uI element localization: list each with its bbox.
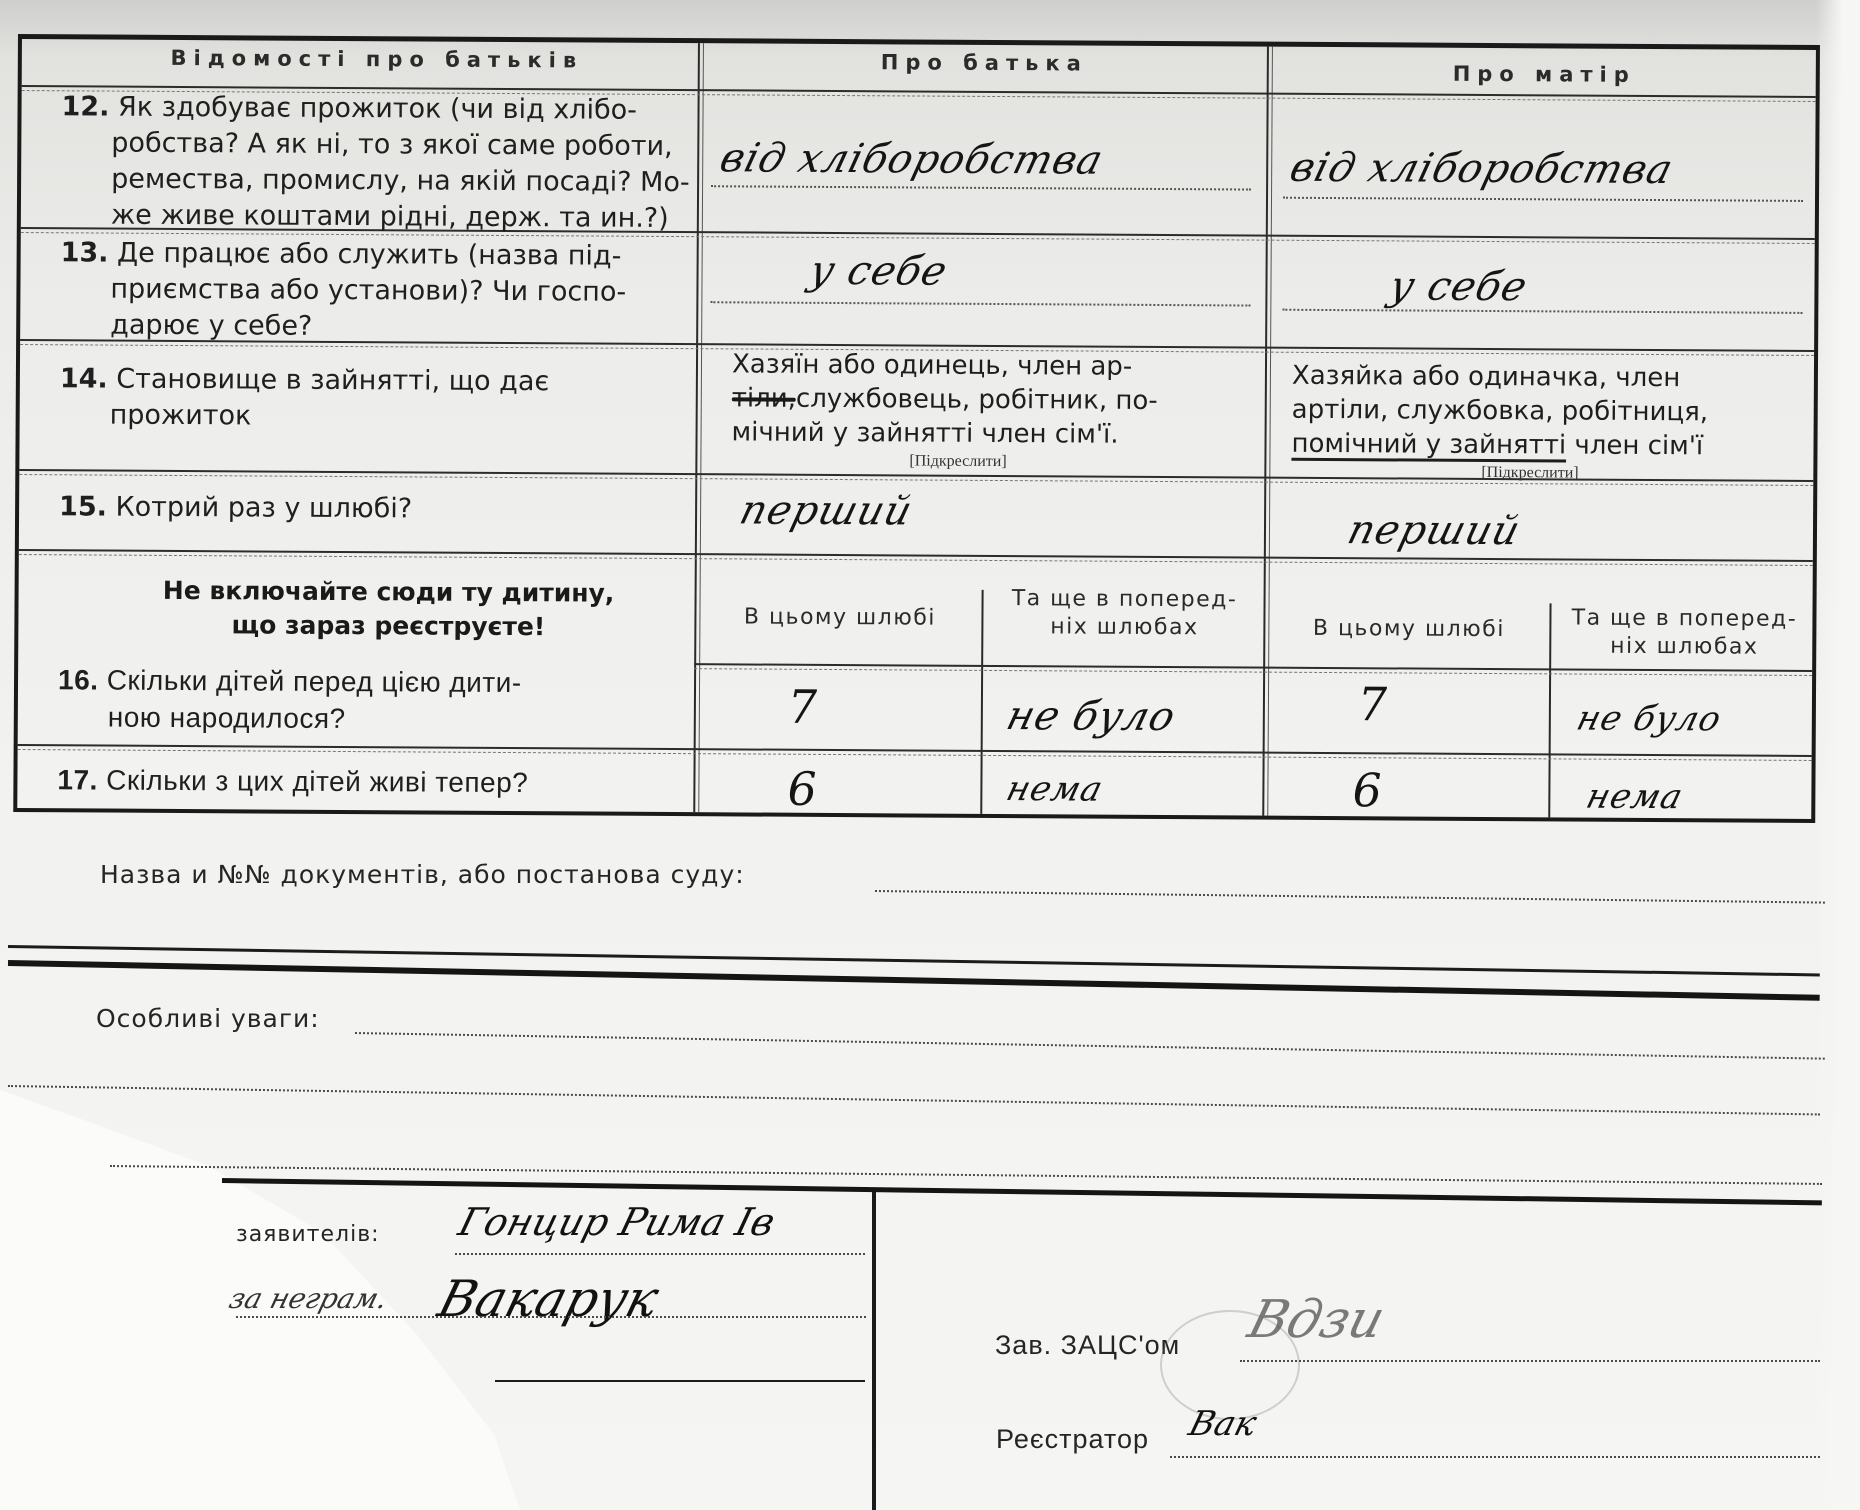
subheader-mother-this-marriage: В цьому шлюбі <box>1268 615 1549 645</box>
question-number: 13. <box>61 237 109 268</box>
option-line: артіли, службовка, робітниця, <box>1292 393 1802 430</box>
paper-edge <box>1816 0 1860 1510</box>
parents-info-table: Відомості про батьків Про батька Про мат… <box>13 34 1820 823</box>
registrar-label: Реєстратор <box>996 1424 1149 1455</box>
question-12: 12. Як здобуває прожиток (чи від хлібо- … <box>61 89 692 237</box>
question-line: же живе коштами рідні, держ. та ин.?) <box>61 197 691 237</box>
question-line: прожиток <box>60 397 690 437</box>
question-number: 17. <box>57 764 98 795</box>
applicant-signature-line-2 <box>236 1316 866 1318</box>
underlined-option: помічний у зайнятті <box>1291 429 1566 461</box>
father-occupation-options: Хазяїн або одинець, член ар- тіли,службо… <box>731 347 1232 452</box>
father-answer-13: у себе <box>805 248 953 295</box>
mother-living-previous: нема <box>1582 777 1687 818</box>
underline-instruction: [Підкреслити] <box>1481 464 1578 483</box>
father-living-previous: нема <box>1002 769 1107 810</box>
mother-children-this-marriage: 7 <box>1353 677 1393 731</box>
option-line: член сім'ї <box>1566 430 1703 461</box>
answer-line <box>711 185 1251 190</box>
question-line: дарює у себе? <box>60 307 690 347</box>
question-line: ремества, промислу, на якій посаді? Мо- <box>61 161 691 201</box>
subheader-line: Та ще в поперед- <box>985 585 1263 615</box>
subheader-line: ніх шлюбах <box>985 613 1263 643</box>
option-line: службовець, робітник, по- <box>796 384 1158 416</box>
column-divider-father-mother <box>1262 47 1269 816</box>
question-16: 16. Скільки дітей перед цією дити- ною н… <box>58 661 688 739</box>
applicant-signature-line-1 <box>455 1253 865 1255</box>
row-divider-16 <box>18 744 1812 757</box>
applicant-signature-2: Вакарук <box>432 1270 665 1328</box>
subheader-line: ніх шлюбах <box>1553 632 1815 662</box>
applicant-signature-prefix: за неграм. <box>226 1282 392 1315</box>
applicant-signature-1: Гонцир Рима Ів <box>454 1200 780 1244</box>
question-number: 15. <box>59 491 107 522</box>
father-children-this-marriage: 7 <box>783 680 823 734</box>
applicants-label: заявителів: <box>236 1222 380 1247</box>
question-line: Котрий раз у шлюбі? <box>115 492 412 525</box>
remarks-label: Особливі уваги: <box>96 1004 320 1033</box>
question-line: Де працює або служить (назва під- <box>117 238 621 272</box>
warning-line: що зараз реєструєте! <box>108 608 668 645</box>
zags-head-signature-line <box>1240 1360 1820 1362</box>
warning-line: Не включайте сюди ту дитину, <box>108 574 668 611</box>
mother-answer-12: від хліборобства <box>1285 145 1678 193</box>
mother-occupation-options: Хазяйка або одиначка, член артіли, служб… <box>1291 359 1802 464</box>
question-14: 14. Становище в зайнятті, що дає прожито… <box>60 361 690 437</box>
question-number: 16. <box>58 664 99 695</box>
mother-children-previous: не було <box>1573 699 1726 740</box>
subheader-mother-previous-marriages: Та ще в поперед- ніх шлюбах <box>1553 604 1815 662</box>
underline-instruction: [Підкреслити] <box>909 452 1006 471</box>
column-divider-questions <box>693 43 700 812</box>
option-line: Хазяїн або одинець, член ар- <box>732 347 1232 384</box>
registrar-signature-line <box>1170 1456 1820 1458</box>
mother-answer-13: у себе <box>1385 263 1533 310</box>
father-answer-12: від хліборобства <box>715 135 1108 183</box>
header-about-parents: Відомості про батьків <box>62 45 692 89</box>
question-13: 13. Де працює або служить (назва під- пр… <box>60 235 691 347</box>
question-line: робства? А як ні, то з якої саме роботи, <box>61 125 691 165</box>
applicant-signature-line-3 <box>495 1380 865 1382</box>
header-about-father: Про батька <box>702 49 1267 92</box>
documents-label: Назва и №№ документів, або постанова суд… <box>100 860 745 889</box>
question-line: Становище в зайнятті, що дає <box>116 364 549 398</box>
question-15: 15. Котрий раз у шлюбі? <box>59 489 689 529</box>
answer-line <box>1283 197 1803 202</box>
answer-line <box>710 301 1250 306</box>
mother-answer-15: перший <box>1343 507 1525 554</box>
row-divider-15 <box>19 549 1813 562</box>
signature-column-divider <box>872 1192 876 1510</box>
row-divider-subheader <box>694 663 1812 672</box>
registrar-signature: Вак <box>1185 1404 1261 1444</box>
question-17: 17. Скільки з цих дітей живі тепер? <box>57 761 687 802</box>
option-line: Хазяйка або одиначка, член <box>1292 359 1802 396</box>
question-line: Скільки з цих дітей живі тепер? <box>106 765 528 799</box>
question-number: 14. <box>60 363 108 394</box>
warning-note: Не включайте сюди ту дитину, що зараз ре… <box>108 574 668 645</box>
question-line: приємства або установи)? Чи госпо- <box>60 271 690 311</box>
mother-living-this-marriage: 6 <box>1347 763 1387 817</box>
question-line: Як здобуває прожиток (чи від хлібо- <box>118 92 637 126</box>
answer-line <box>1282 309 1802 314</box>
struck-option: тіли, <box>732 381 796 415</box>
option-line: мічний у зайнятті член сім'ї. <box>731 415 1231 452</box>
question-line: Скільки дітей перед цією дити- <box>107 665 522 699</box>
header-about-mother: Про матір <box>1272 61 1817 104</box>
subheader-father-previous-marriages: Та ще в поперед- ніх шлюбах <box>985 585 1263 643</box>
question-number: 12. <box>61 91 109 122</box>
father-living-this-marriage: 6 <box>782 762 822 816</box>
question-line: ною народилося? <box>58 698 688 739</box>
subheader-line: Та ще в поперед- <box>1553 604 1815 634</box>
zags-head-label: Зав. ЗАЦС'ом <box>995 1330 1180 1361</box>
father-answer-15: перший <box>735 487 917 534</box>
father-children-previous: не було <box>1002 693 1181 740</box>
subheader-father-this-marriage: В цьому шлюбі <box>698 603 981 633</box>
